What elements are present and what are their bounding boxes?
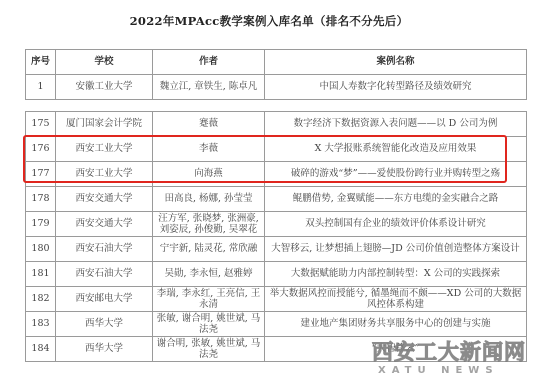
cell-no: 184 <box>26 337 56 362</box>
table-row: 184 西华大学 谢合明, 张敏, 姚世斌, 马法尧 “大智移云” <box>26 337 527 362</box>
cell-authors: 李薇 <box>153 137 265 162</box>
cell-no: 175 <box>26 112 56 137</box>
cell-case: 大数据赋能助力内部控制转型：X 公司的实践探索 <box>265 262 527 287</box>
header-no: 序号 <box>26 50 56 75</box>
cell-school: 西安交通大学 <box>56 187 153 212</box>
cell-no: 179 <box>26 212 56 237</box>
header-row: 序号 学校 作者 案例名称 <box>26 50 527 75</box>
cell-school: 西安工业大学 <box>56 137 153 162</box>
cell-school: 安徽工业大学 <box>56 75 153 100</box>
table-row: 183 西华大学 张敏, 谢合明, 姚世斌, 马法尧 建业地产集团财务共享服务中… <box>26 312 527 337</box>
table-row-highlighted: 176 西安工业大学 李薇 X 大学报账系统智能化改造及应用效果 <box>26 137 527 162</box>
cell-case: X 大学报账系统智能化改造及应用效果 <box>265 137 527 162</box>
cell-no: 183 <box>26 312 56 337</box>
table-row: 175 厦门国家会计学院 蹇薇 数字经济下数据资源入表问题——以 D 公司为例 <box>26 112 527 137</box>
cell-school: 西安邮电大学 <box>56 287 153 312</box>
cell-school: 西安工业大学 <box>56 162 153 187</box>
cell-authors: 李瑞, 李永红, 王亮信, 王永清 <box>153 287 265 312</box>
cell-case: 举大数据风控而授能兮, 循墨绳而不颇——XD 公司的大数据风控体系构建 <box>265 287 527 312</box>
roster-table-header: 序号 学校 作者 案例名称 1 安徽工业大学 魏立江, 章铁生, 陈卓凡 中国人… <box>25 49 527 100</box>
cell-authors: 田高良, 杨娜, 孙莹莹 <box>153 187 265 212</box>
table-row: 181 西安石油大学 吴勋, 李永恒, 赵雅婷 大数据赋能助力内部控制转型：X … <box>26 262 527 287</box>
header-school: 学校 <box>56 50 153 75</box>
cell-authors: 汪方军, 张晓梦, 张洲豪, 刘姿辰, 孙俊勤, 吴翠花 <box>153 212 265 237</box>
cell-no: 180 <box>26 237 56 262</box>
cell-school: 西安石油大学 <box>56 262 153 287</box>
cell-no: 1 <box>26 75 56 100</box>
table-row: 1 安徽工业大学 魏立江, 章铁生, 陈卓凡 中国人寿数字化转型路径及绩效研究 <box>26 75 527 100</box>
cell-no: 178 <box>26 187 56 212</box>
cell-authors: 张敏, 谢合明, 姚世斌, 马法尧 <box>153 312 265 337</box>
cell-no: 181 <box>26 262 56 287</box>
cell-case: 鲲鹏借势, 金翼赋能——东方电缆的金实融合之路 <box>265 187 527 212</box>
cell-authors: 宁宇新, 陆灵花, 常欣融 <box>153 237 265 262</box>
table-row: 178 西安交通大学 田高良, 杨娜, 孙莹莹 鲲鹏借势, 金翼赋能——东方电缆… <box>26 187 527 212</box>
table-row: 179 西安交通大学 汪方军, 张晓梦, 张洲豪, 刘姿辰, 孙俊勤, 吴翠花 … <box>26 212 527 237</box>
header-case: 案例名称 <box>265 50 527 75</box>
cell-case: 建业地产集团财务共享服务中心的创建与实施 <box>265 312 527 337</box>
cell-school: 西安交通大学 <box>56 212 153 237</box>
cell-case: 数字经济下数据资源入表问题——以 D 公司为例 <box>265 112 527 137</box>
cell-school: 西安石油大学 <box>56 237 153 262</box>
cell-case: 中国人寿数字化转型路径及绩效研究 <box>265 75 527 100</box>
cell-school: 厦门国家会计学院 <box>56 112 153 137</box>
cell-no: 176 <box>26 137 56 162</box>
roster-table: 175 厦门国家会计学院 蹇薇 数字经济下数据资源入表问题——以 D 公司为例 … <box>25 111 527 362</box>
cell-school: 西华大学 <box>56 337 153 362</box>
page-title: 2022年MPAcc教学案例入库名单（排名不分先后） <box>0 13 538 29</box>
cell-case: 大智移云, 让梦想插上翅膀—JD 公司价值创造整体方案设计 <box>265 237 527 262</box>
table-row-highlighted: 177 西安工业大学 向海燕 破碎的游戏“梦”——爱使股份跨行业并购转型之殇 <box>26 162 527 187</box>
cell-authors: 魏立江, 章铁生, 陈卓凡 <box>153 75 265 100</box>
cell-authors: 谢合明, 张敏, 姚世斌, 马法尧 <box>153 337 265 362</box>
header-authors: 作者 <box>153 50 265 75</box>
table-row: 180 西安石油大学 宁宇新, 陆灵花, 常欣融 大智移云, 让梦想插上翅膀—J… <box>26 237 527 262</box>
cell-no: 177 <box>26 162 56 187</box>
cell-authors: 向海燕 <box>153 162 265 187</box>
cell-case: 双头控制国有企业的绩效评价体系设计研究 <box>265 212 527 237</box>
cell-no: 182 <box>26 287 56 312</box>
cell-case: “大智移云” <box>265 337 527 362</box>
cell-authors: 吴勋, 李永恒, 赵雅婷 <box>153 262 265 287</box>
cell-school: 西华大学 <box>56 312 153 337</box>
cell-case: 破碎的游戏“梦”——爱使股份跨行业并购转型之殇 <box>265 162 527 187</box>
watermark-en: XATU NEWS <box>372 364 538 378</box>
table-row: 182 西安邮电大学 李瑞, 李永红, 王亮信, 王永清 举大数据风控而授能兮,… <box>26 287 527 312</box>
cell-authors: 蹇薇 <box>153 112 265 137</box>
